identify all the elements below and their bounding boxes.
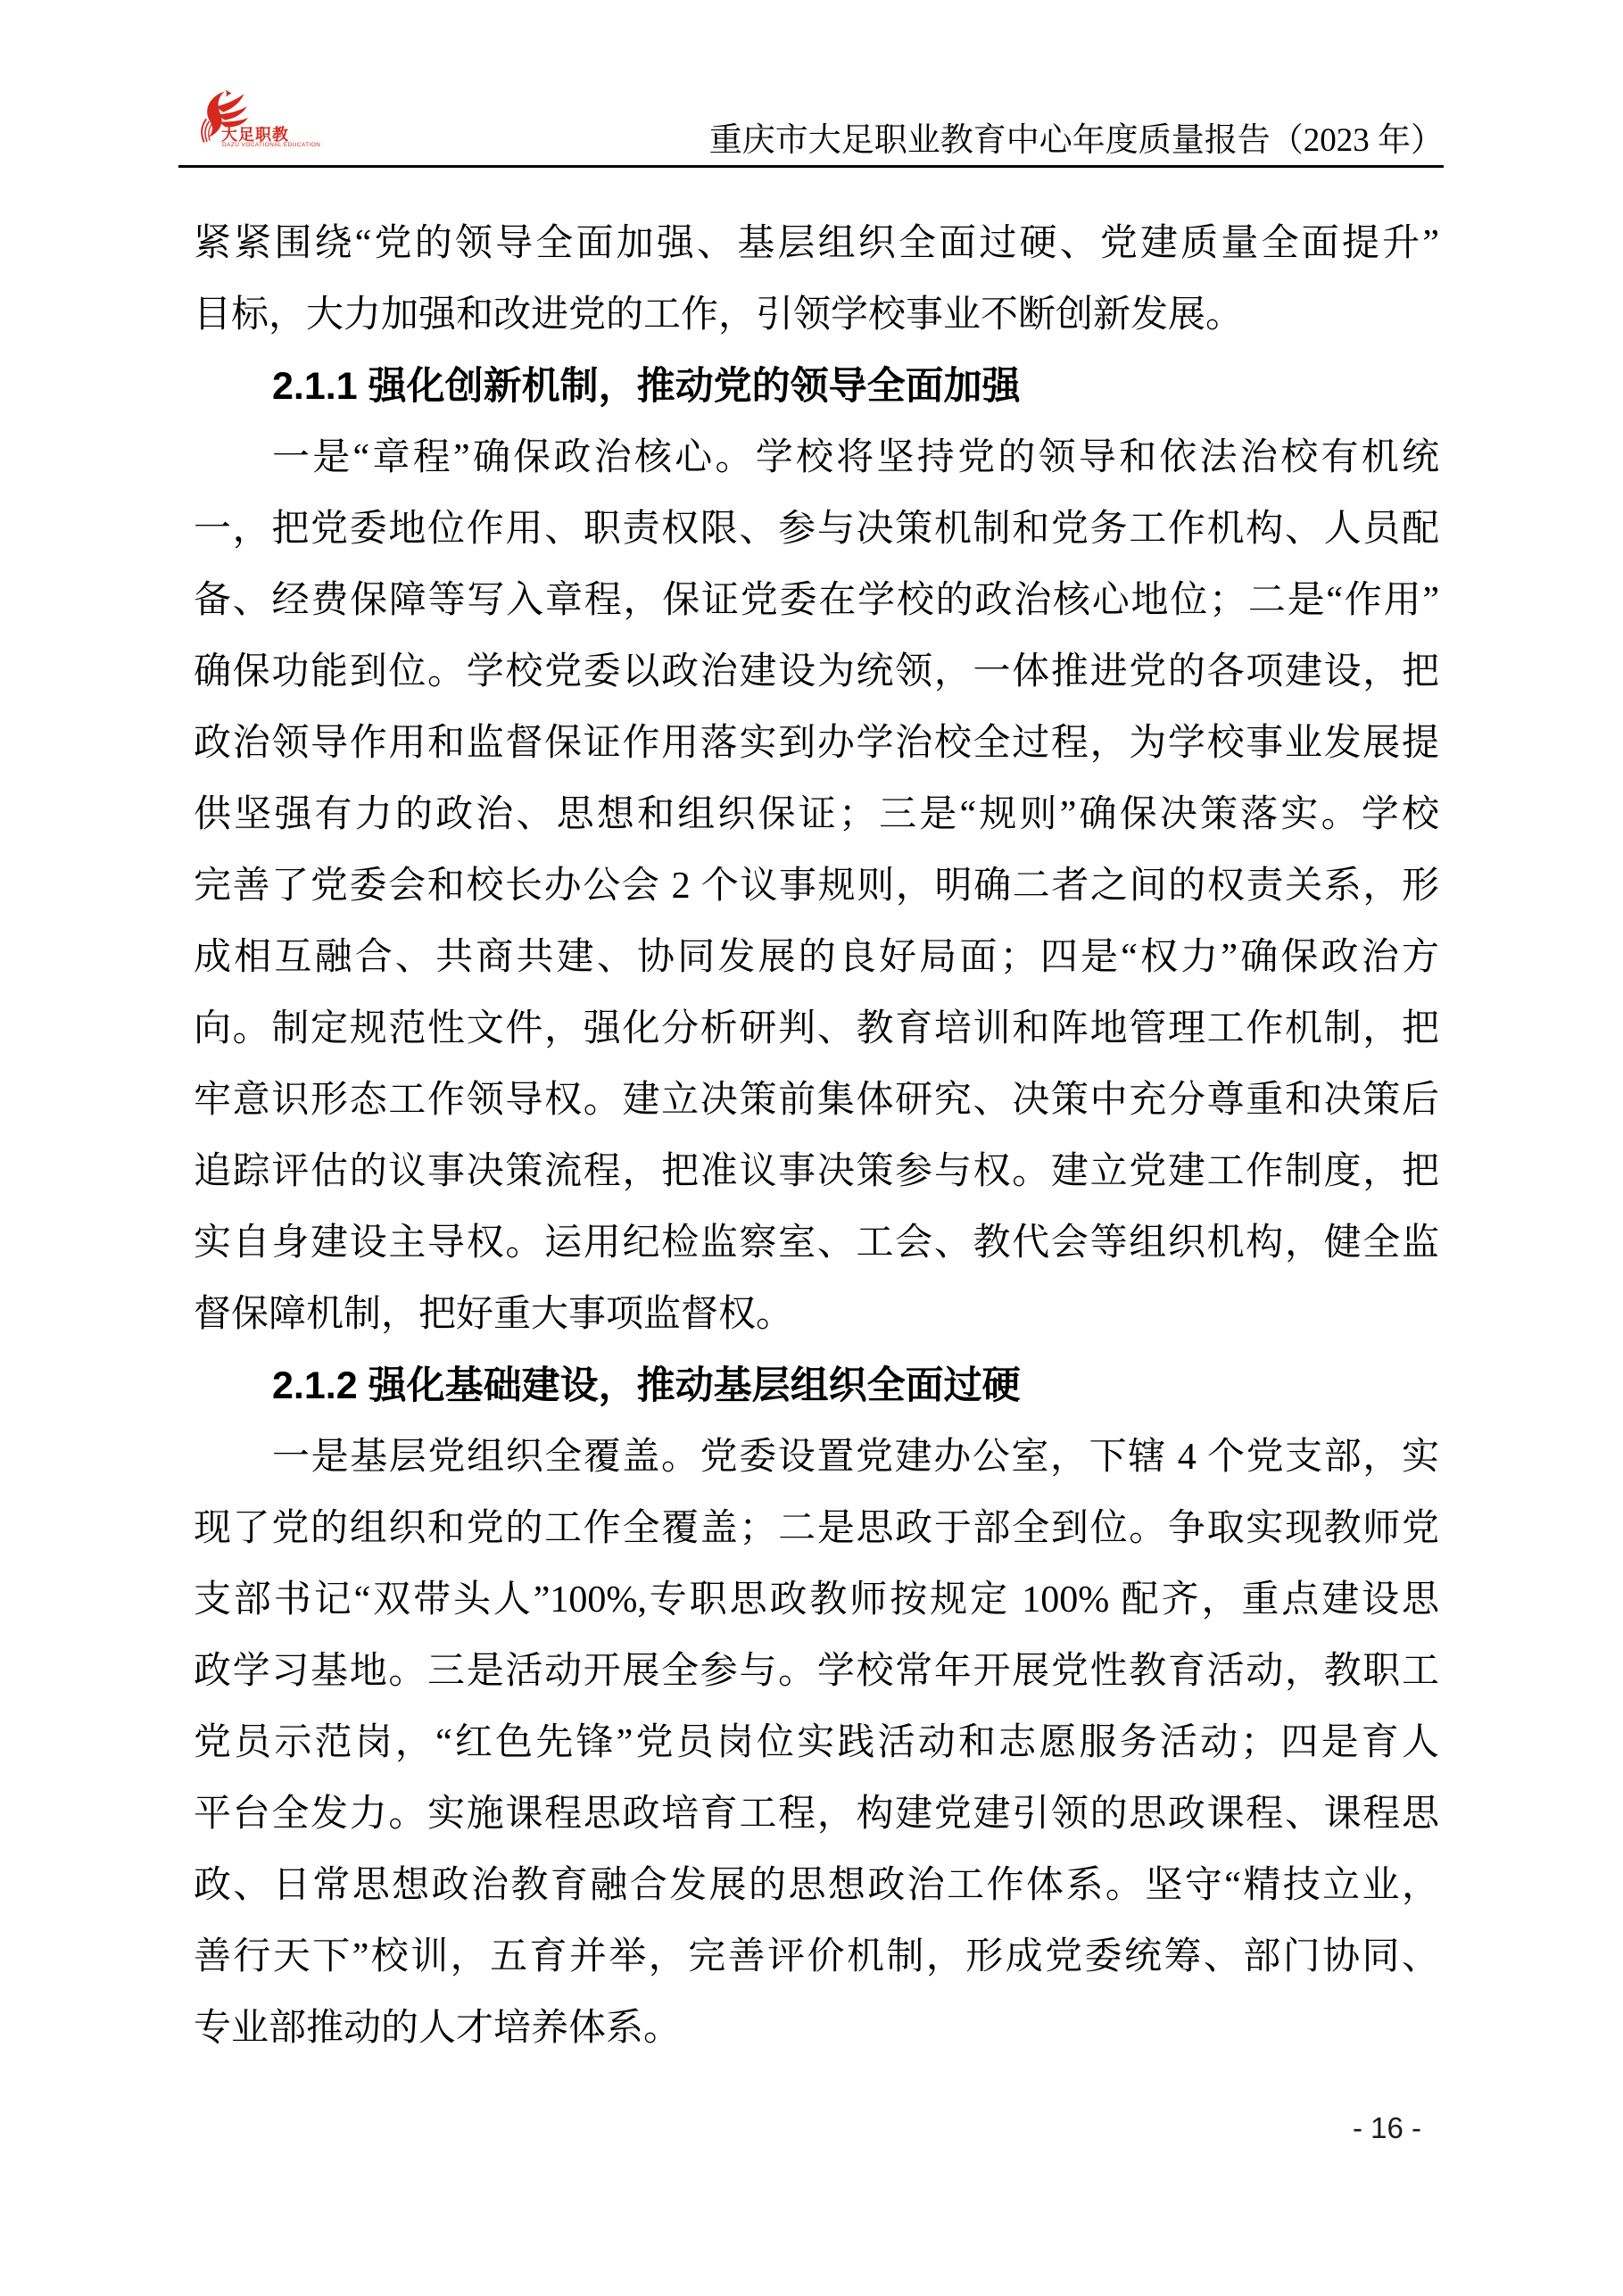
body-line: 一是“章程”确保政治核心。学校将坚持党的领导和依法治校有机统 — [194, 422, 1439, 493]
body-line: 政治领导作用和监督保证作用落实到办学治校全过程，为学校事业发展提 — [194, 708, 1439, 779]
body-line: 党员示范岗，“红色先锋”党员岗位实践活动和志愿服务活动；四是育人 — [194, 1707, 1439, 1778]
body-line: 一是基层党组织全覆盖。党委设置党建办公室，下辖 4 个党支部，实 — [194, 1422, 1439, 1493]
header-rule — [178, 165, 1444, 168]
body-line: 完善了党委会和校长办公会 2 个议事规则，明确二者之间的权责关系，形 — [194, 850, 1439, 922]
body-line: 紧紧围绕“党的领导全面加强、基层组织全面过硬、党建质量全面提升” — [194, 208, 1439, 279]
logo-subtitle: DAZU VOCATIONAL EDUCATION — [222, 142, 320, 148]
body-line: 督保障机制，把好重大事项监督权。 — [194, 1279, 1439, 1350]
body-line: 确保功能到位。学校党委以政治建设为统领，一体推进党的各项建设，把 — [194, 636, 1439, 708]
body-line: 备、经费保障等写入章程，保证党委在学校的政治核心地位；二是“作用” — [194, 565, 1439, 636]
document-body: 紧紧围绕“党的领导全面加强、基层组织全面过硬、党建质量全面提升”目标，大力加强和… — [194, 208, 1439, 2064]
logo: 大足职教 DAZU VOCATIONAL EDUCATION — [189, 82, 350, 157]
section-heading: 2.1.2 强化基础建设，推动基层组织全面过硬 — [194, 1350, 1439, 1422]
body-line: 实自身建设主导权。运用纪检监察室、工会、教代会等组织机构，健全监 — [194, 1207, 1439, 1279]
body-line: 追踪评估的议事决策流程，把准议事决策参与权。建立党建工作制度，把 — [194, 1136, 1439, 1207]
body-line: 政、日常思想政治教育融合发展的思想政治工作体系。坚守“精技立业， — [194, 1850, 1439, 1921]
body-line: 供坚强有力的政治、思想和组织保证；三是“规则”确保决策落实。学校 — [194, 779, 1439, 850]
body-line: 政学习基地。三是活动开展全参与。学校常年开展党性教育活动，教职工 — [194, 1636, 1439, 1707]
body-line: 一，把党委地位作用、职责权限、参与决策机制和党务工作机构、人员配 — [194, 493, 1439, 565]
body-line: 成相互融合、共商共建、协同发展的良好局面；四是“权力”确保政治方 — [194, 922, 1439, 993]
document-page: 大足职教 DAZU VOCATIONAL EDUCATION 重庆市大足职业教育… — [0, 0, 1623, 2296]
body-line: 向。制定规范性文件，强化分析研判、教育培训和阵地管理工作机制，把 — [194, 993, 1439, 1065]
section-heading: 2.1.1 强化创新机制，推动党的领导全面加强 — [194, 351, 1439, 422]
body-line: 专业部推动的人才培养体系。 — [194, 1993, 1439, 2064]
body-line: 牢意识形态工作领导权。建立决策前集体研究、决策中充分尊重和决策后 — [194, 1065, 1439, 1136]
body-line: 善行天下”校训，五育并举，完善评价机制，形成党委统筹、部门协同、 — [194, 1921, 1439, 1993]
header-title: 重庆市大足职业教育中心年度质量报告（2023 年） — [709, 121, 1444, 161]
body-line: 现了党的组织和党的工作全覆盖；二是思政于部全到位。争取实现教师党 — [194, 1493, 1439, 1564]
page-number: - 16 - — [1353, 2111, 1421, 2145]
body-line: 平台全发力。实施课程思政培育工程，构建党建引领的思政课程、课程思 — [194, 1778, 1439, 1850]
body-line: 支部书记“双带头人”100%,专职思政教师按规定 100% 配齐，重点建设思 — [194, 1564, 1439, 1636]
body-line: 目标，大力加强和改进党的工作，引领学校事业不断创新发展。 — [194, 279, 1439, 351]
